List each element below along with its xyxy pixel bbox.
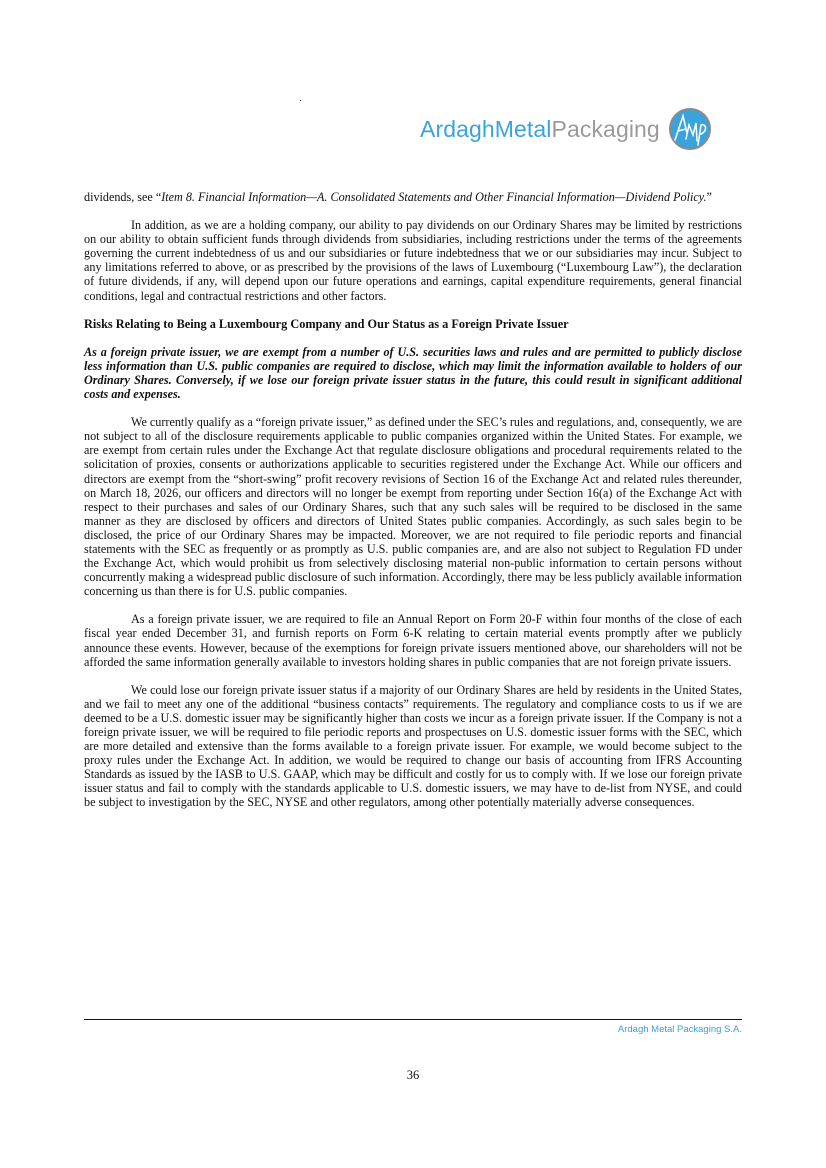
section-heading: Risks Relating to Being a Luxembourg Com… <box>84 317 742 331</box>
document-body: dividends, see “Item 8. Financial Inform… <box>84 190 742 810</box>
risk-factor-heading: As a foreign private issuer, we are exem… <box>84 345 742 401</box>
dividend-reference: dividends, see “Item 8. Financial Inform… <box>84 190 742 204</box>
paragraph-annual-report: As a foreign private issuer, we are requ… <box>84 612 742 668</box>
company-logo: ArdaghMetalPackaging <box>420 104 712 154</box>
paragraph-holding-company: In addition, as we are a holding company… <box>84 218 742 303</box>
stray-dot <box>300 100 301 101</box>
amp-logo-icon <box>668 107 712 151</box>
footer-company-name: Ardagh Metal Packaging S.A. <box>618 1024 742 1035</box>
footer-divider <box>84 1019 742 1020</box>
logo-wordmark: ArdaghMetalPackaging <box>420 116 660 143</box>
paragraph-foreign-private-issuer: We currently qualify as a “foreign priva… <box>84 415 742 598</box>
page-number: 36 <box>0 1068 826 1083</box>
paragraph-lose-status: We could lose our foreign private issuer… <box>84 683 742 810</box>
